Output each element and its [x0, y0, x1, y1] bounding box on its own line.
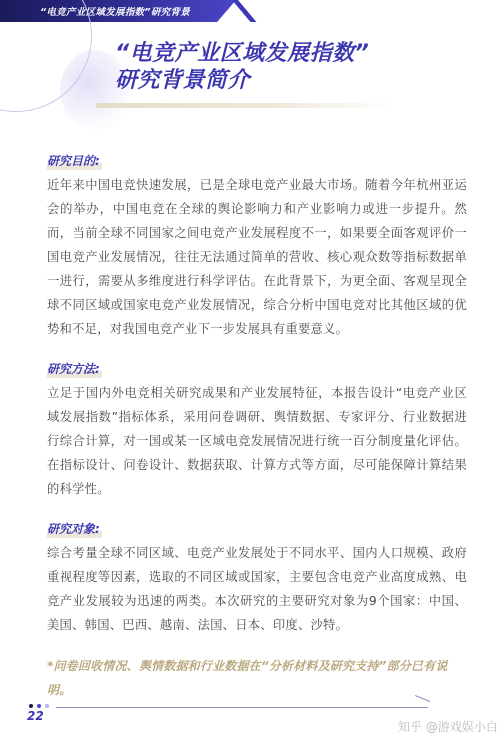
section-purpose: 研究目的: 近年来中国电竞快速发展，已是全球电竞产业最大市场。随着今年杭州亚运会…	[47, 150, 467, 341]
section-heading: 研究目的:	[47, 153, 102, 170]
section-subjects: 研究对象: 综合考量全球不同区域、电竞产业发展处于不同水平、国内人口规模、政府重…	[47, 518, 467, 637]
section-body: 近年来中国电竞快速发展，已是全球电竞产业最大市场。随着今年杭州亚运会的举办，中国…	[47, 173, 467, 341]
footer-divider	[56, 707, 428, 708]
page-title: “电竞产业区域发展指数” 研究背景简介	[115, 40, 369, 94]
section-body: 立足于国内外电竞相关研究成果和产业发展特征，本报告设计“电竞产业区域发展指数”指…	[47, 381, 467, 501]
banner-stripe-decoration	[232, 0, 256, 22]
section-heading: 研究对象:	[47, 521, 102, 538]
dot-icon	[29, 704, 33, 708]
page-title-line1: “电竞产业区域发展指数”	[115, 40, 369, 67]
page-title-line2: 研究背景简介	[115, 67, 369, 94]
section-heading: 研究方法:	[47, 361, 102, 378]
watermark: 知乎 @游戏娱小白	[398, 718, 498, 735]
page-number: 22	[27, 709, 44, 723]
section-body: 综合考量全球不同区域、电竞产业发展处于不同水平、国内人口规模、政府重视程度等因素…	[47, 541, 467, 637]
page-dots-decoration	[29, 704, 49, 708]
section-method: 研究方法: 立足于国内外电竞相关研究成果和产业发展特征，本报告设计“电竞产业区域…	[47, 358, 467, 501]
footnote: *问卷回收情况、舆情数据和行业数据在“分析材料及研究支持”部分已有说明。	[47, 654, 467, 702]
dot-icon	[37, 704, 41, 708]
dot-icon	[45, 704, 49, 708]
title-underline	[96, 103, 396, 108]
